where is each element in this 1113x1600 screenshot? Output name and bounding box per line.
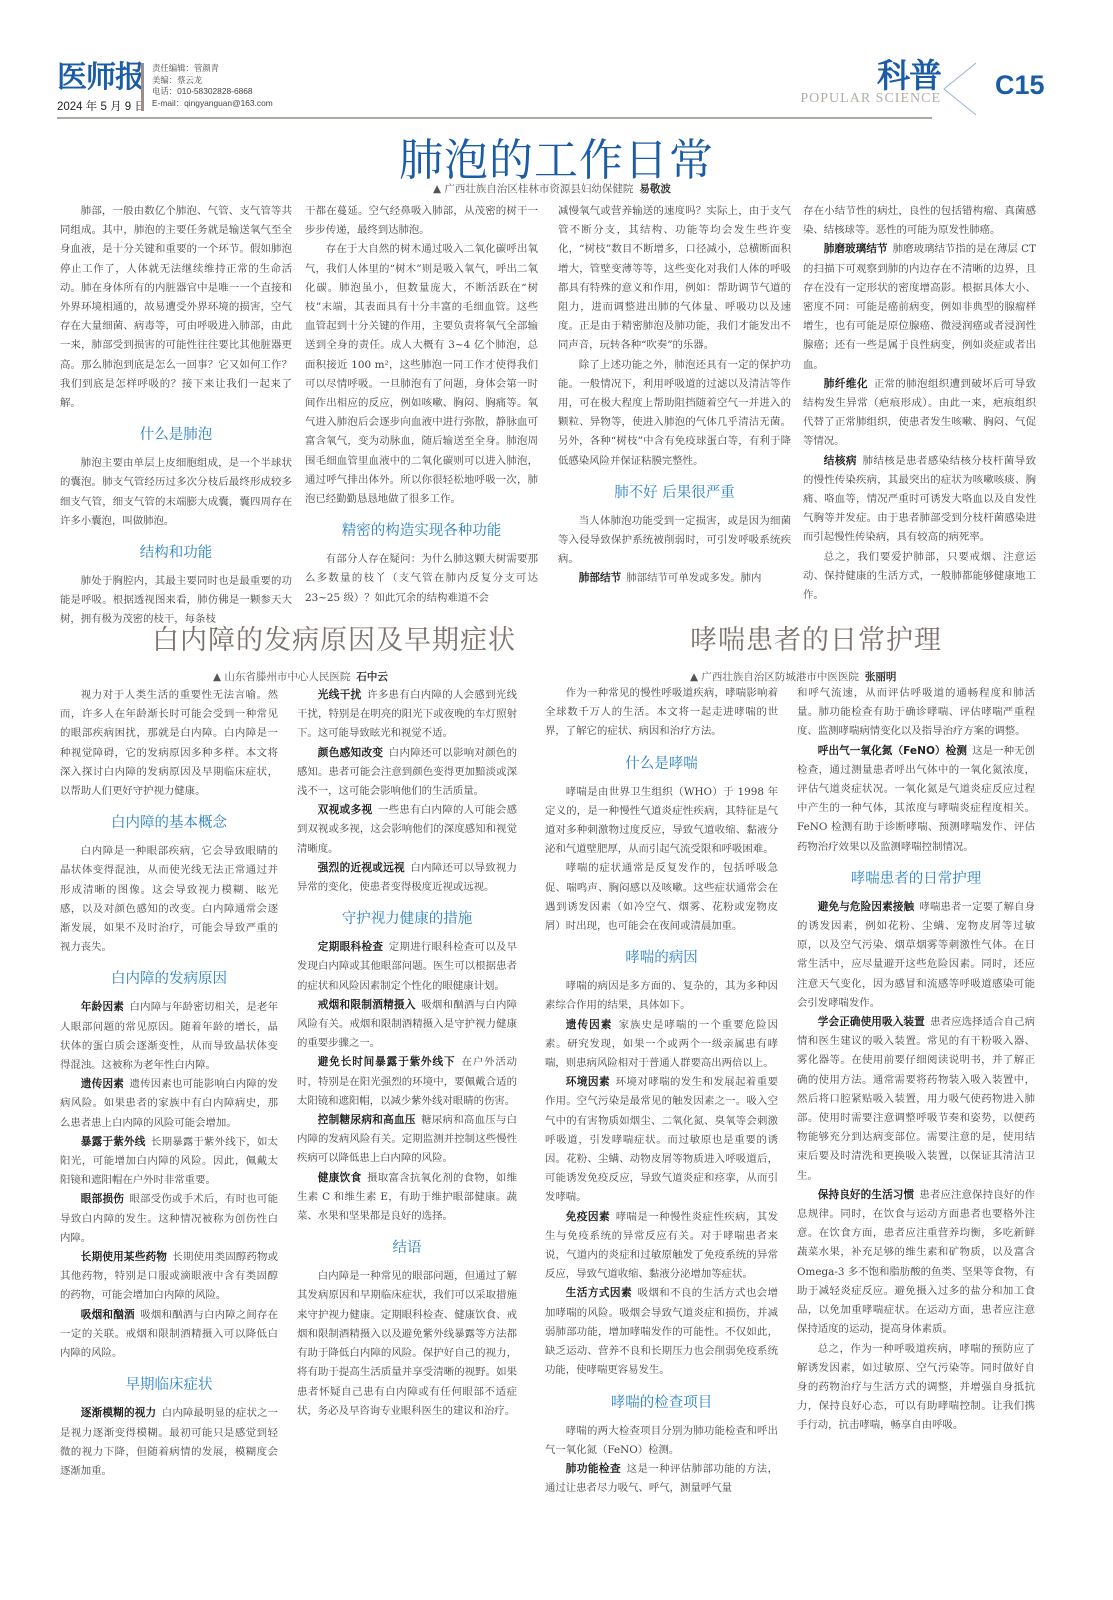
paragraph-lead: 避免长时间暴露于紫外线下 (318, 1056, 456, 1068)
paragraph: 健康饮食 摄取富含抗氧化剂的食物，如维生素 C 和维生素 E，有助于维护眼部健康… (297, 1169, 517, 1227)
paragraph: 白内障是一种常见的眼部问题，但通过了解其发病原因和早期临床症状，我们可以采取措施… (297, 1267, 517, 1421)
article-title: 哮喘患者的日常护理 (690, 618, 942, 657)
paragraph: 避免与危险因素接触 哮喘患者一定要了解自身的诱发因素，例如花粉、尘螨、宠物皮屑等… (797, 898, 1035, 1013)
article3-column-1: 作为一种常见的慢性呼吸道疾病，哮喘影响着全球数千万人的生活。本文将一起走进哮喘的… (545, 684, 778, 1498)
paragraph-text: 哮喘患者一定要了解自身的诱发因素，例如花粉、尘螨、宠物皮屑等过敏原，以及空气污染… (797, 901, 1035, 1009)
paragraph-lead: 双视或多视 (318, 804, 373, 816)
paragraph: 避免长时间暴露于紫外线下 在户外活动时，特别是在阳光强烈的环境中，要佩戴合适的太… (297, 1053, 517, 1111)
paragraph-text: 哮喘的两大检查项目分别为肺功能检查和呼出气一氧化氮（FeNO）检测。 (545, 1425, 778, 1456)
article1-column-2: 干都在蔓延。空气经鼻吸入肺部，从茂密的树干一步步传递，最终到达肺泡。存在于大自然… (305, 202, 538, 608)
header-rule (57, 117, 932, 119)
paragraph: 定期眼科检查 定期进行眼科检查可以及早发现白内障或其他眼部问题。医生可以根据患者… (297, 938, 517, 996)
paragraph-text: 肺结核是患者感染结核分枝杆菌导致的慢性传染疾病，其最突出的症状为咳嗽咳痰、胸痛、… (803, 455, 1036, 544)
credit-editor: 责任编辑：管颜青 (152, 63, 273, 75)
paragraph: 年龄因素 白内障与年龄密切相关，是老年人眼部问题的常见原因。随着年龄的增长，晶状… (60, 998, 278, 1075)
paragraph: 存在于大自然的树木通过吸入二氧化碳呼出氧气，我们人体里的“树木”则是吸入氧气，呼… (305, 240, 538, 509)
paragraph: 环境因素 环境对哮喘的发生和发展起着重要作用。空气污染是最常见的触发因素之一。吸… (545, 1073, 778, 1207)
section-name: 科普 (800, 58, 941, 94)
paragraph: 哮喘的病因是多方面的、复杂的，其为多种因素综合作用的结果，具体如下。 (545, 977, 778, 1015)
paragraph-lead: 遗传因素 (566, 1019, 613, 1031)
chevron-left-icon (942, 62, 978, 116)
paragraph: 戒烟和限制酒精摄入 吸烟和酗酒与白内障风险有关。戒烟和限制酒精摄入是守护视力健康… (297, 996, 517, 1054)
paragraph-text: 减慢氧气或营养输送的速度吗？实际上，由于支气管不断分支，其结构、功能等均会发生些… (558, 205, 791, 351)
section-heading: 守护视力健康的措施 (297, 909, 517, 929)
paragraph: 作为一种常见的慢性呼吸道疾病，哮喘影响着全球数千万人的生活。本文将一起走进哮喘的… (545, 684, 778, 742)
credit-email: E-mail：qingyanguan@163.com (152, 98, 273, 110)
newspaper-logo: 医师报 (57, 62, 144, 94)
paragraph: 总之，我们要爱护肺部，只要戒烟、注意运动、保持健康的生活方式，一般肺都能够健康地… (803, 548, 1036, 606)
paragraph: 减慢氧气或营养输送的速度吗？实际上，由于支气管不断分支，其结构、功能等均会发生些… (558, 202, 791, 356)
paragraph: 生活方式因素 吸烟和不良的生活方式也会增加哮喘的风险。吸烟会导致气道炎症和损伤，… (545, 1284, 778, 1380)
paragraph-text: 吸烟和不良的生活方式也会增加哮喘的风险。吸烟会导致气道炎症和损伤，并减弱肺部功能… (545, 1287, 778, 1376)
paragraph-lead: 吸烟和酗酒 (81, 1309, 135, 1321)
section-heading: 哮喘的检查项目 (545, 1393, 778, 1413)
byline-org: ▲ 广西壮族自治区桂林市资源县妇幼保健院 (433, 183, 633, 195)
byline-author: 石中云 (356, 671, 388, 683)
paragraph-text: 当人体肺泡功能受到一定损害，或是因为细菌等入侵导致保护系统被削弱时，可引发呼吸系… (558, 515, 791, 565)
paragraph: 结核病 肺结核是患者感染结核分枝杆菌导致的慢性传染疾病，其最突出的症状为咳嗽咳痰… (803, 452, 1036, 548)
paragraph-lead: 强烈的近视或远视 (318, 862, 405, 874)
paragraph: 肺泡主要由单层上皮细胞组成，是一个半球状的囊泡。肺支气管经历过多次分枝后最终形成… (60, 454, 292, 531)
paragraph: 干都在蔓延。空气经鼻吸入肺部，从茂密的树干一步步传递，最终到达肺泡。 (305, 202, 538, 240)
paragraph-lead: 学会正确使用吸入装置 (818, 1016, 925, 1028)
paragraph-text: 患者应注意保持良好的作息规律。同时，在饮食与运动方面患者也要格外注意。在饮食方面… (797, 1189, 1035, 1335)
paragraph-lead: 遗传因素 (81, 1078, 124, 1090)
paragraph-lead: 生活方式因素 (566, 1287, 632, 1299)
paragraph: 总之，作为一种呼吸道疾病，哮喘的预防应了解诱发因素，如过敏原、空气污染等。同时做… (797, 1340, 1035, 1436)
byline-author: 易敬波 (639, 183, 671, 195)
paragraph: 肺纤维化 正常的肺泡组织遭到破坏后可导致结构发生异常（疤痕形成）。由此一来，疤痕… (803, 375, 1036, 452)
paragraph-text: 除了上述功能之外，肺泡还具有一定的保护功能。一般情况下，利用呼吸道的过滤以及清洁… (558, 359, 791, 467)
section-heading: 白内障的基本概念 (60, 813, 278, 833)
divider (141, 63, 144, 111)
paragraph-text: 总之，我们要爱护肺部，只要戒烟、注意运动、保持健康的生活方式，一般肺都能够健康地… (803, 551, 1036, 601)
paragraph-lead: 肺磨玻璃结节 (824, 243, 888, 255)
credit-designer: 美编：蔡云龙 (152, 75, 273, 87)
paragraph: 控制糖尿病和高血压 糖尿病和高血压与白内障的发病风险有关。定期监测并控制这些慢性… (297, 1111, 517, 1169)
section-heading: 哮喘的病因 (545, 948, 778, 968)
paragraph-text: 有部分人存在疑问：为什么肺这颗大树需要那么多数量的枝丫（支气管在肺内反复分支可达… (305, 553, 538, 603)
paragraph-lead: 颜色感知改变 (318, 747, 383, 759)
section-heading: 早期临床症状 (60, 1375, 278, 1395)
paragraph-text: 白内障是一种常见的眼部问题，但通过了解其发病原因和早期临床症状，我们可以采取措施… (297, 1270, 517, 1416)
paragraph-lead: 逐渐模糊的视力 (81, 1407, 157, 1419)
section-heading: 什么是哮喘 (545, 754, 778, 774)
paragraph-lead: 避免与危险因素接触 (818, 901, 914, 913)
paragraph: 遗传因素 遗传因素也可能影响白内障的发病风险。如果患者的家族中有白内障病史，那么… (60, 1075, 278, 1133)
section-heading: 哮喘患者的日常护理 (797, 869, 1035, 889)
section-heading: 白内障的发病原因 (60, 969, 278, 989)
paragraph: 颜色感知改变 白内障还可以影响对颜色的感知。患者可能会注意到颜色变得更加黯淡或深… (297, 744, 517, 802)
article-byline: ▲ 广西壮族自治区防城港市中医医院张丽明 (690, 669, 896, 684)
paragraph-text: 白内障是一种眼部疾病，它会导致眼睛的晶状体变得混浊，从而使光线无法正常通过并形成… (60, 845, 278, 953)
paragraph: 长期使用某些药物 长期使用类固醇药物或其他药物，特别是口服或滴眼液中含有类固醇的… (60, 1248, 278, 1306)
paragraph-text: 视力对于人类生活的重要性无法言喻。然而，许多人在年龄渐长时可能会受到一种常见的眼… (60, 689, 278, 797)
paragraph-lead: 肺纤维化 (824, 378, 868, 390)
paragraph: 双视或多视 一些患有白内障的人可能会感到双视或多视，这会影响他们的深度感知和视觉… (297, 801, 517, 859)
paragraph-lead: 保持良好的生活习惯 (818, 1189, 914, 1201)
article1-column-4: 存在小结节性的病灶，良性的包括错构瘤、真菌感染、结核球等。恶性的可能为原发性肺癌… (803, 202, 1036, 605)
paragraph-text: 环境对哮喘的发生和发展起着重要作用。空气污染是最常见的触发因素之一。吸入空气中的… (545, 1076, 778, 1203)
paragraph: 哮喘的症状通常是反复发作的，包括呼吸急促、喘鸣声、胸闷感以及咳嗽。这些症状通常会… (545, 859, 778, 936)
paragraph-text: 哮喘的病因是多方面的、复杂的，其为多种因素综合作用的结果，具体如下。 (545, 980, 778, 1011)
paragraph-lead: 眼部损伤 (81, 1193, 124, 1205)
paragraph-lead: 长期使用某些药物 (81, 1251, 167, 1263)
section-heading: 结语 (297, 1238, 517, 1258)
paragraph-text: 哮喘的症状通常是反复发作的，包括呼吸急促、喘鸣声、胸闷感以及咳嗽。这些症状通常会… (545, 862, 778, 932)
article-title: 肺泡的工作日常 (0, 124, 1113, 188)
section-label: 科普 POPULAR SCIENCE (800, 58, 941, 106)
paragraph: 哮喘的两大检查项目分别为肺功能检查和呼出气一氧化氮（FeNO）检测。 (545, 1422, 778, 1460)
section-heading: 肺不好 后果很严重 (558, 483, 791, 503)
paragraph-lead: 肺部结节 (579, 572, 621, 584)
paragraph-lead: 年龄因素 (81, 1001, 124, 1013)
paragraph: 有部分人存在疑问：为什么肺这颗大树需要那么多数量的枝丫（支气管在肺内反复分支可达… (305, 550, 538, 608)
page-number: C15 (995, 70, 1045, 101)
paragraph: 肺功能检查 这是一种评估肺部功能的方法，通过让患者尽力吸气、呼气，测量呼气量 (545, 1460, 778, 1498)
paragraph: 当人体肺泡功能受到一定损害，或是因为细菌等入侵导致保护系统被削弱时，可引发呼吸系… (558, 512, 791, 570)
byline-org: ▲ 广西壮族自治区防城港市中医医院 (690, 671, 859, 683)
paragraph-text: 肺泡主要由单层上皮细胞组成，是一个半球状的囊泡。肺支气管经历过多次分枝后最终形成… (60, 457, 292, 527)
article2-column-2: 光线干扰 许多患有白内障的人会感到光线干扰，特别是在明亮的阳光下或夜晚的车灯照射… (297, 686, 517, 1421)
paragraph-lead: 控制糖尿病和高血压 (318, 1114, 416, 1126)
paragraph: 肺磨玻璃结节 肺磨玻璃结节指的是在薄层 CT 的扫描下可观察到肺的内边存在不清晰… (803, 240, 1036, 374)
paragraph: 免疫因素 哮喘是一种慢性炎症性疾病，其发生与免疫系统的异常反应有关。对于哮喘患者… (545, 1208, 778, 1285)
paragraph: 暴露于紫外线 长期暴露于紫外线下，如太阳光，可能增加白内障的风险。因此，佩戴太阳… (60, 1133, 278, 1191)
byline-org: ▲ 山东省滕州市中心人民医院 (213, 671, 350, 683)
paragraph-lead: 环境因素 (566, 1076, 610, 1088)
paragraph-text: 和呼气流速，从而评估呼吸道的通畅程度和肺活量。肺功能检查有助于确诊哮喘、评估哮喘… (797, 687, 1035, 737)
paragraph-text: 患者应选择适合自己病情和医生建议的吸入装置。常见的有干粉吸入器、雾化器等。在使用… (797, 1016, 1035, 1182)
paragraph-lead: 呼出气一氧化氮（FeNO）检测 (818, 745, 967, 757)
article1-column-1: 肺部，一般由数亿个肺泡、气管、支气管等共同组成。其中，肺泡的主要任务就是输送氧气… (60, 202, 292, 630)
section-heading: 精密的构造实现各种功能 (305, 521, 538, 541)
paragraph: 肺部，一般由数亿个肺泡、气管、支气管等共同组成。其中，肺泡的主要任务就是输送氧气… (60, 202, 292, 413)
paragraph: 眼部损伤 眼部受伤或手术后，有时也可能导致白内障的发生。这种情况被称为创伤性白内… (60, 1190, 278, 1248)
paragraph-text: 作为一种常见的慢性呼吸道疾病，哮喘影响着全球数千万人的生活。本文将一起走进哮喘的… (545, 687, 778, 737)
paragraph-lead: 暴露于紫外线 (81, 1136, 146, 1148)
article-title: 白内障的发病原因及早期症状 (152, 618, 516, 657)
paragraph-lead: 戒烟和限制酒精摄入 (318, 999, 416, 1011)
article1-column-3: 减慢氧气或营养输送的速度吗？实际上，由于支气管不断分支，其结构、功能等均会发生些… (558, 202, 791, 589)
section-heading: 结构和功能 (60, 543, 292, 563)
paragraph-text: 肺部结节可单发或多发。肺内 (626, 572, 761, 584)
paragraph-lead: 健康饮食 (318, 1172, 362, 1184)
paragraph-text: 干都在蔓延。空气经鼻吸入肺部，从茂密的树干一步步传递，最终到达肺泡。 (305, 205, 538, 236)
paragraph: 白内障是一种眼部疾病，它会导致眼睛的晶状体变得混浊，从而使光线无法正常通过并形成… (60, 842, 278, 957)
paragraph: 光线干扰 许多患有白内障的人会感到光线干扰，特别是在明亮的阳光下或夜晚的车灯照射… (297, 686, 517, 744)
paragraph: 和呼气流速，从而评估呼吸道的通畅程度和肺活量。肺功能检查有助于确诊哮喘、评估哮喘… (797, 684, 1035, 742)
article-byline: ▲ 山东省滕州市中心人民医院石中云 (213, 669, 388, 684)
paragraph: 呼出气一氧化氮（FeNO）检测 这是一种无创检查，通过测量患者呼出气体中的一氧化… (797, 742, 1035, 857)
paragraph-text: 这是一种无创检查，通过测量患者呼出气体中的一氧化氮浓度，评估气道炎症状况。一氧化… (797, 745, 1035, 853)
paragraph: 吸烟和酗酒 吸烟和酗酒与白内障之间存在一定的关联。戒烟和限制酒精摄入可以降低白内… (60, 1306, 278, 1364)
paragraph-lead: 光线干扰 (318, 689, 362, 701)
paragraph: 逐渐模糊的视力 白内障最明显的症状之一是视力逐渐变得模糊。最初可能只是感觉到轻微… (60, 1404, 278, 1481)
credit-phone: 电话：010-58302828-6868 (152, 86, 273, 98)
paragraph: 视力对于人类生活的重要性无法言喻。然而，许多人在年龄渐长时可能会受到一种常见的眼… (60, 686, 278, 801)
paragraph-lead: 结核病 (824, 455, 857, 467)
paragraph: 哮喘是由世界卫生组织（WHO）于 1998 年定义的，是一种慢性气道炎症性疾病，… (545, 783, 778, 860)
paragraph: 学会正确使用吸入装置 患者应选择适合自己病情和医生建议的吸入装置。常见的有干粉吸… (797, 1013, 1035, 1186)
paragraph-text: 肺磨玻璃结节指的是在薄层 CT 的扫描下可观察到肺的内边存在不清晰的边界，且存在… (803, 243, 1036, 370)
paragraph: 保持良好的生活习惯 患者应注意保持良好的作息规律。同时，在饮食与运动方面患者也要… (797, 1186, 1035, 1340)
publication-date: 2024 年 5 月 9 日 (57, 98, 146, 114)
paragraph-lead: 免疫因素 (566, 1211, 610, 1223)
paragraph-lead: 定期眼科检查 (318, 941, 383, 953)
paragraph: 除了上述功能之外，肺泡还具有一定的保护功能。一般情况下，利用呼吸道的过滤以及清洁… (558, 356, 791, 471)
paragraph: 肺部结节 肺部结节可单发或多发。肺内 (558, 569, 791, 588)
paragraph-text: 存在于大自然的树木通过吸入二氧化碳呼出氧气，我们人体里的“树木”则是吸入氧气，呼… (305, 243, 538, 505)
paragraph: 存在小结节性的病灶，良性的包括错构瘤、真菌感染、结核球等。恶性的可能为原发性肺癌… (803, 202, 1036, 240)
editor-credits: 责任编辑：管颜青 美编：蔡云龙 电话：010-58302828-6868 E-m… (152, 63, 273, 109)
paragraph-text: 肺部，一般由数亿个肺泡、气管、支气管等共同组成。其中，肺泡的主要任务就是输送氧气… (60, 205, 292, 409)
byline-author: 张丽明 (865, 671, 897, 683)
article-byline: ▲ 广西壮族自治区桂林市资源县妇幼保健院易敬波 (433, 181, 671, 196)
paragraph: 遗传因素 家族史是哮喘的一个重要危险因素。研究发现，如果一个或两个一级亲属患有哮… (545, 1016, 778, 1074)
article2-column-1: 视力对于人类生活的重要性无法言喻。然而，许多人在年龄渐长时可能会受到一种常见的眼… (60, 686, 278, 1481)
paragraph-lead: 肺功能检查 (566, 1463, 621, 1475)
section-heading: 什么是肺泡 (60, 425, 292, 445)
article3-column-2: 和呼气流速，从而评估呼吸道的通畅程度和肺活量。肺功能检查有助于确诊哮喘、评估哮喘… (797, 684, 1035, 1436)
paragraph-text: 存在小结节性的病灶，良性的包括错构瘤、真菌感染、结核球等。恶性的可能为原发性肺癌… (803, 205, 1036, 236)
paragraph-text: 总之，作为一种呼吸道疾病，哮喘的预防应了解诱发因素，如过敏原、空气污染等。同时做… (797, 1343, 1035, 1432)
paragraph-text: 哮喘是由世界卫生组织（WHO）于 1998 年定义的，是一种慢性气道炎症性疾病，… (545, 786, 778, 856)
paragraph: 强烈的近视或远视 白内障还可以导致视力异常的变化，使患者变得极度近视或远视。 (297, 859, 517, 897)
section-name-english: POPULAR SCIENCE (800, 92, 941, 106)
